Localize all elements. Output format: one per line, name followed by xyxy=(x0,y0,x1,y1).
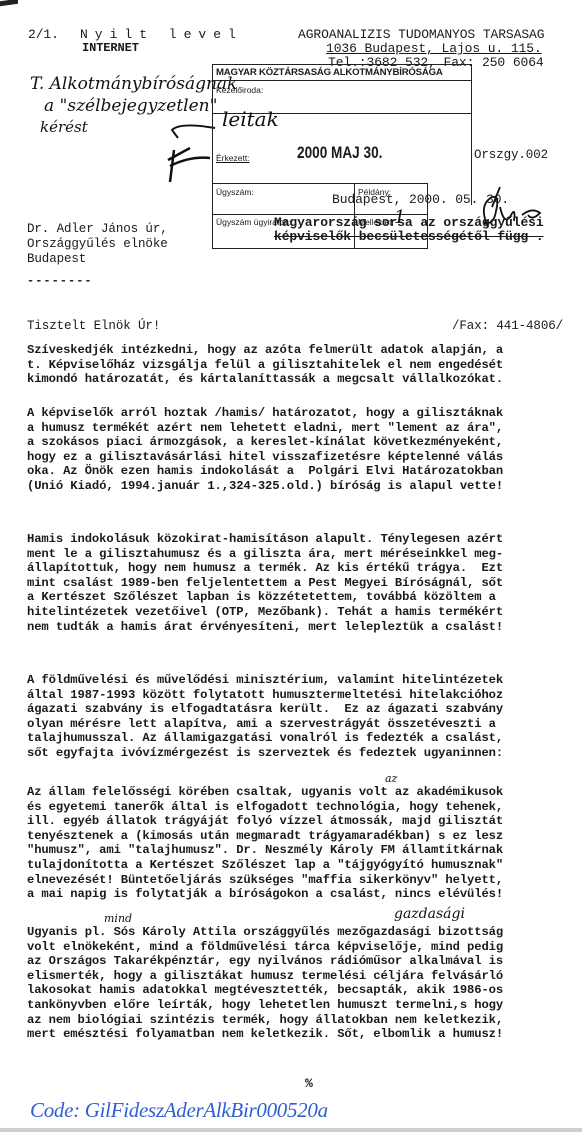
handwritten-insert-gazdasagi: gazdasági xyxy=(394,906,465,922)
scanned-letter-page: 2/1. Nyilt level INTERNET AGROANALIZIS T… xyxy=(0,0,582,1132)
handwritten-note-line: a "szélbejegyzetlen" xyxy=(44,96,217,116)
addressee-title: Országgyűlés elnöke xyxy=(27,237,168,251)
paragraph-1: Szíveskedjék intézkedni, hogy az azóta f… xyxy=(27,343,577,387)
handwritten-insert-mind: mind xyxy=(104,912,132,925)
paragraph-2: A képviselők arról hoztak /hamis/ határo… xyxy=(27,406,577,494)
addressee-city: Budapest xyxy=(27,252,86,266)
paragraph-5: Az állam felelősségi körében csaltak, ug… xyxy=(27,785,577,902)
stamp-title: MAGYAR KÖZTÁRSASÁG ALKOTMÁNYBÍRÓSÁGA xyxy=(216,67,443,78)
organization-name: AGROANALIZIS TUDOMANYOS TARSASAG xyxy=(298,27,544,42)
fax-number: /Fax: 441-4806/ xyxy=(452,319,563,333)
handwritten-note-line: T. Alkotmánybíróságnak xyxy=(30,74,237,94)
scan-bottom-edge xyxy=(0,1128,582,1132)
motto-line-2: képviselők becsületességétől függ . xyxy=(274,229,544,244)
document-type: Nyilt level xyxy=(80,27,243,42)
page-reference: 2/1. xyxy=(28,27,59,42)
channel-label: INTERNET xyxy=(82,41,139,55)
motto-line-1: Magyarország sorsa az országgyűlési xyxy=(274,215,544,230)
handwritten-insert-az: az xyxy=(385,772,397,785)
office-handwritten-value: leitak xyxy=(222,107,279,131)
received-label: Érkezett: xyxy=(216,153,250,163)
received-date: 2000 MAJ 30. xyxy=(297,143,382,163)
paragraph-6: Ugyanis pl. Sós Károly Attila országgyűl… xyxy=(27,925,577,1042)
paragraph-3: Hamis indokolásuk közokirat-hamisításon … xyxy=(27,532,577,634)
footer-code: Code: GilFideszAderAlkBir000520a xyxy=(30,1098,328,1123)
paragraph-4: A földművelési és művelődési minisztériu… xyxy=(27,673,577,761)
addressee-divider: -------- xyxy=(27,274,93,288)
handwritten-arrow-icon xyxy=(160,120,220,190)
office-label: Kezelőiroda: xyxy=(216,85,263,95)
salutation: Tisztelt Elnök Úr! xyxy=(27,319,160,333)
organization-address: 1036 Budapest, Lajos u. 115. xyxy=(326,41,542,56)
handwritten-note-line: kérést xyxy=(40,118,88,136)
scan-artifact xyxy=(0,0,18,6)
case-label: Ügyszám: xyxy=(216,187,254,197)
document-reference: Orszgy.002 xyxy=(474,148,548,162)
page-mark: % xyxy=(305,1076,313,1091)
addressee-name: Dr. Adler János úr, xyxy=(27,222,168,236)
